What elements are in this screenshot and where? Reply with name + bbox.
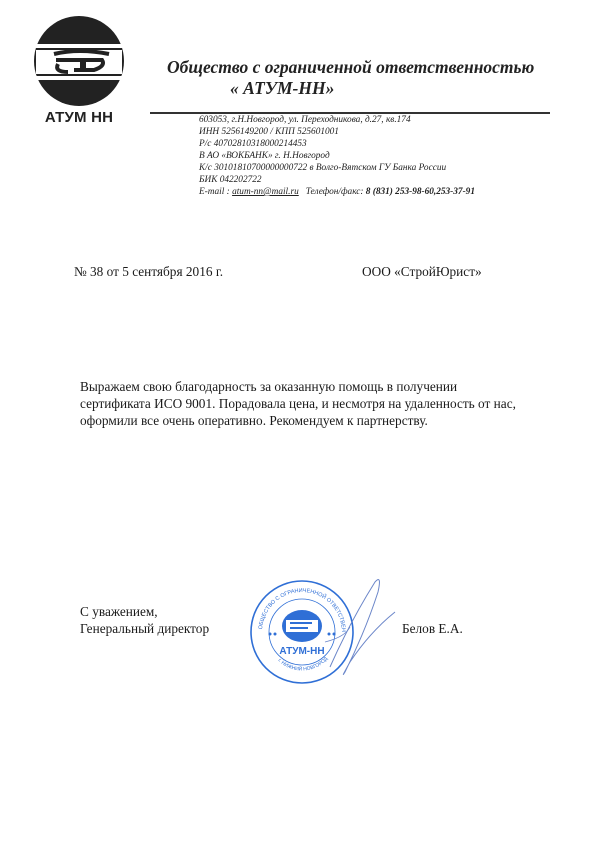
body-line: Выражаем свою благодарность за оказанную… xyxy=(80,378,550,395)
addressee: ООО «СтройЮрист» xyxy=(362,264,482,280)
email-label: E-mail : xyxy=(199,187,232,197)
address: 603053, г.Н.Новгород, ул. Переходникова,… xyxy=(199,114,475,126)
bik: БИК 042202722 xyxy=(199,174,475,186)
contacts: E-mail : atum-nn@mail.ru Телефон/факс: 8… xyxy=(199,186,475,198)
eye-logo-icon xyxy=(24,14,134,109)
company-name: « АТУМ-НН» xyxy=(167,78,534,99)
signatory-name: Белов Е.А. xyxy=(402,621,463,637)
body-line: оформили все очень оперативно. Рекоменду… xyxy=(80,412,550,429)
signer-position: Генеральный директор xyxy=(80,620,209,637)
body-line: сертификата ИСО 9001. Порадовала цена, и… xyxy=(80,395,550,412)
phone-label: Телефон/факс: xyxy=(306,187,366,197)
bank-account: Р/с 40702810318000214453 xyxy=(199,138,475,150)
bank-name: В АО «ВОКБАНК» г. Н.Новгород xyxy=(199,150,475,162)
closing: С уважением, xyxy=(80,603,209,620)
logo-text: АТУМ НН xyxy=(29,109,129,126)
svg-text:АТУМ-НН: АТУМ-НН xyxy=(279,646,324,657)
inn-kpp: ИНН 5256149200 / КПП 525601001 xyxy=(199,126,475,138)
company-requisites: 603053, г.Н.Новгород, ул. Переходникова,… xyxy=(199,114,475,198)
letter-body: Выражаем свою благодарность за оказанную… xyxy=(80,378,550,429)
company-title: Общество с ограниченной ответственностью… xyxy=(167,57,534,99)
corr-account: К/с 30101810700000000722 в Волго-Вятском… xyxy=(199,162,475,174)
letter-reference: № 38 от 5 сентября 2016 г. xyxy=(74,264,223,280)
company-type: Общество с ограниченной ответственностью xyxy=(167,57,534,77)
closing-block: С уважением, Генеральный директор xyxy=(80,603,209,637)
handwritten-signature xyxy=(320,572,400,682)
email-link[interactable]: atum-nn@mail.ru xyxy=(232,187,299,197)
company-logo xyxy=(24,14,134,109)
phone-number: 8 (831) 253-98-60,253-37-91 xyxy=(366,187,475,197)
